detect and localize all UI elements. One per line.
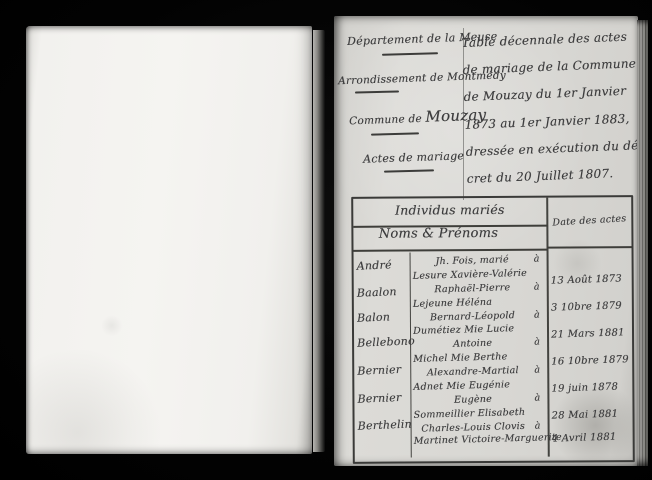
spouse-line: Jh. Fois, mariéà	[410, 253, 546, 268]
spouse-line: Adnet Mie Eugénie	[411, 378, 549, 393]
column-header-date-des-actes: Date des actes	[548, 213, 631, 229]
table-header-rule	[354, 249, 548, 252]
actes-de-mariage-label: Actes de mariage	[363, 149, 465, 166]
line-suffix: à	[535, 420, 541, 431]
surname-entry: André	[356, 258, 409, 273]
departement-label: Département de la Meuse	[347, 31, 462, 48]
underline	[371, 132, 419, 135]
line-suffix: à	[534, 392, 540, 403]
groom-given-names: Raphaël-Pierre	[411, 282, 534, 296]
commune-prefix: Commune de	[349, 113, 422, 128]
groom-given-names: Antoine	[411, 337, 534, 351]
act-date: 4 Avril 1881	[552, 431, 630, 445]
surname-entry: Berthelin	[357, 418, 410, 433]
underline	[382, 52, 438, 55]
underline	[384, 169, 434, 172]
line-suffix: à	[533, 253, 539, 264]
line-suffix: à	[534, 309, 540, 320]
spouse-line: Raphaël-Pierreà	[411, 281, 547, 296]
column-header-noms-prenoms: Noms & Prénoms	[353, 226, 523, 242]
act-date: 3 10bre 1879	[551, 300, 629, 314]
decennial-marriage-table: Individus mariés Noms & Prénoms Date des…	[351, 195, 635, 464]
spouse-line: Martinet Victoire-Marguerite	[412, 432, 550, 447]
underline	[355, 90, 399, 93]
act-date: 16 10bre 1879	[551, 354, 629, 368]
spouse-line: Lesure Xavière-Valérie	[411, 267, 549, 282]
surname-entry: Baalon	[357, 285, 410, 300]
table-title-block: Table décennale des actes de mariage de …	[461, 23, 647, 193]
arrondissement-label: Arrondissement de Montmédy	[338, 71, 466, 87]
groom-given-names: Bernard-Léopold	[411, 310, 534, 324]
groom-given-names: Jh. Fois, marié	[410, 254, 533, 268]
surname-entry: Bernier	[357, 363, 410, 378]
line-suffix: à	[534, 364, 540, 375]
spouse-line: Dumétiez Mie Lucie	[411, 322, 549, 337]
register-scan: Département de la Meuse Arrondissement d…	[0, 0, 652, 480]
surname-entry: Bellebono	[357, 335, 410, 350]
line-suffix: à	[534, 336, 540, 347]
left-blank-page	[26, 26, 312, 454]
table-header-rule	[547, 246, 631, 248]
spouse-line: Antoineà	[411, 336, 547, 351]
act-date: 28 Mai 1881	[551, 408, 629, 422]
column-header-individus-maries: Individus mariés	[353, 202, 546, 218]
right-register-page: Département de la Meuse Arrondissement d…	[334, 16, 638, 466]
act-date: 19 juin 1878	[551, 381, 629, 395]
spouse-line: Bernard-Léopoldà	[411, 309, 547, 324]
surname-entry: Balon	[357, 310, 410, 325]
act-date: 13 Août 1873	[551, 273, 629, 287]
spouse-line: Lejeune Héléna	[411, 295, 549, 310]
spouse-line: Eugèneà	[411, 392, 547, 407]
spouse-line: Sommeillier Elisabeth	[411, 406, 549, 421]
line-suffix: à	[534, 281, 540, 292]
surname-entry: Bernier	[357, 391, 410, 406]
groom-given-names: Eugène	[411, 393, 534, 407]
page-stack-edge	[637, 20, 648, 466]
act-date: 21 Mars 1881	[551, 327, 629, 341]
spouse-line: Michel Mie Berthe	[411, 350, 549, 365]
title-line: cret du 20 Juillet 1807.	[466, 159, 647, 193]
groom-given-names: Alexandre-Martial	[411, 365, 534, 379]
spouse-line: Alexandre-Martialà	[411, 364, 547, 379]
